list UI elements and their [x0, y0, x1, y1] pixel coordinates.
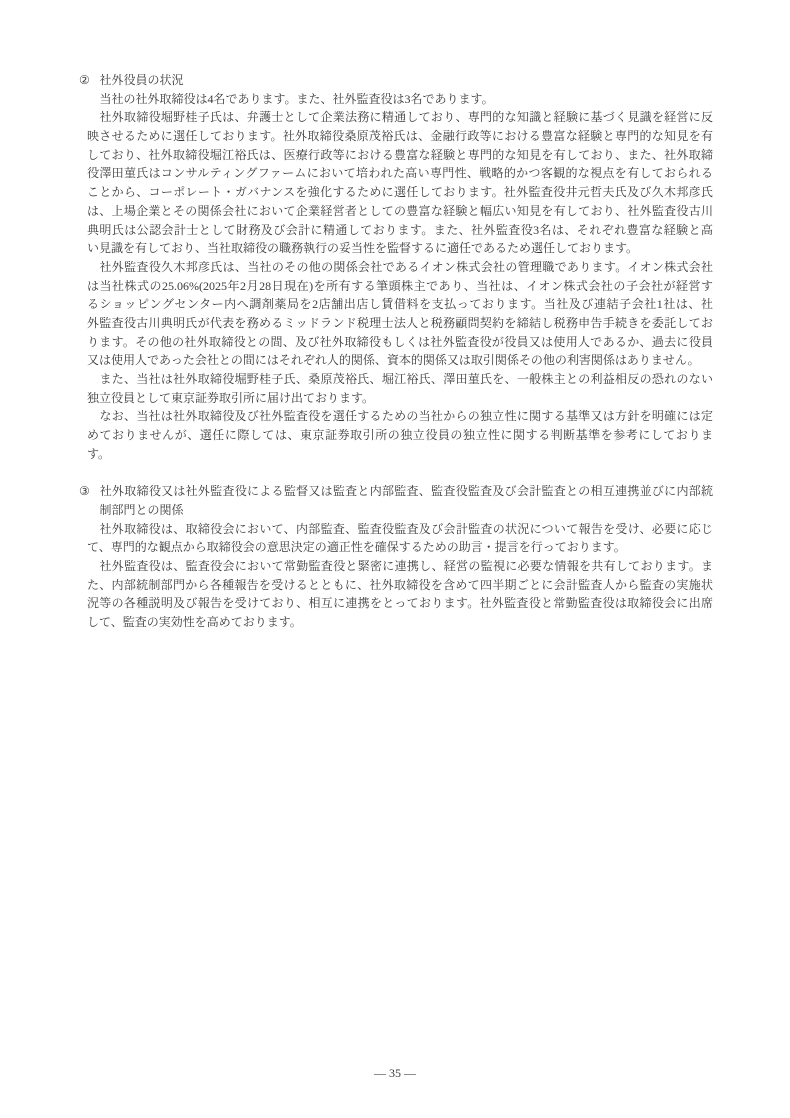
section-heading-line-2: 制部門との関係: [100, 501, 714, 520]
body-text-line: 独立役員として東京証券取引所に届け出ております。: [87, 389, 713, 408]
body-text-line: 役澤田菫氏はコンサルティングファームにおいて培われた高い専門性、戦略的かつ客観的…: [87, 164, 713, 183]
body-text-line: い見識を有しており、当社取締役の職務執行の妥当性を監督するに適任であるため選任し…: [87, 239, 713, 258]
paragraph: 社外監査役は、監査役会において常勤監査役と緊密に連携し、経営の監視に必要な情報を…: [87, 557, 713, 632]
section-heading: ③社外取締役又は社外監査役による監督又は監査と内部監査、監査役監査及び会計監査と…: [79, 482, 713, 501]
section-marker: ②: [79, 71, 100, 90]
paragraph: 当社の社外取締役は4名であります。また、社外監査役は3名であります。: [87, 90, 713, 109]
body-text-line: 典明氏は公認会計士として財務及び会計に精通しております。また、社外監査役3名は、…: [87, 221, 713, 240]
page-number: ― 35 ―: [374, 1066, 416, 1080]
section-heading: ②社外役員の状況: [79, 71, 713, 90]
body-text-line: 社外監査役久木邦彦氏は、当社のその他の関係会社であるイオン株式会社の管理職であり…: [87, 258, 713, 277]
body-text-line: めておりませんが、選任に際しては、東京証券取引所の独立役員の独立性に関する判断基…: [87, 426, 713, 445]
body-text-line: た、内部統制部門から各種報告を受けるとともに、社外取締役を含めて四半期ごとに会計…: [87, 576, 713, 595]
body-text-line: して、監査の実効性を高めております。: [87, 613, 713, 632]
body-text-line: て、専門的な観点から取締役会の意思決定の適正性を確保するための助言・提言を行って…: [87, 538, 713, 557]
body-text-line: 況等の各種説明及び報告を受けており、相互に連携をとっております。社外監査役と常勤…: [87, 594, 713, 613]
body-text-line: す。: [87, 445, 713, 464]
section-heading-text: 社外取締役又は社外監査役による監督又は監査と内部監査、監査役監査及び会計監査との…: [100, 484, 714, 498]
body-text-line: しており、社外取締役堀江裕氏は、医療行政等における豊富な経験と専門的な知見を有し…: [87, 146, 713, 165]
body-text-line: 社外取締役堀野桂子氏は、弁護士として企業法務に精通しており、専門的な知識と経験に…: [87, 108, 713, 127]
body-text-line: ります。その他の社外取締役との間、及び社外取締役もしくは社外監査役が役員又は使用…: [87, 333, 713, 352]
body-text-line: は、上場企業とその関係会社において企業経営者としての豊富な経験と幅広い知見を有し…: [87, 202, 713, 221]
body-text-line: 映させるために選任しております。社外取締役桑原茂裕氏は、金融行政等における豊富な…: [87, 127, 713, 146]
section-heading-text: 社外役員の状況: [100, 73, 184, 87]
body-text-line: ことから、コーポレート・ガバナンスを強化するために選任しております。社外監査役井…: [87, 183, 713, 202]
body-text-line: 社外取締役は、取締役会において、内部監査、監査役監査及び会計監査の状況について報…: [87, 520, 713, 539]
paragraph: 社外取締役堀野桂子氏は、弁護士として企業法務に精通しており、専門的な知識と経験に…: [87, 108, 713, 258]
page-content: ②社外役員の状況 当社の社外取締役は4名であります。また、社外監査役は3名であり…: [87, 71, 713, 632]
paragraph: 社外監査役久木邦彦氏は、当社のその他の関係会社であるイオン株式会社の管理職であり…: [87, 258, 713, 370]
section-outside-officers: ②社外役員の状況 当社の社外取締役は4名であります。また、社外監査役は3名であり…: [87, 71, 713, 463]
paragraph: また、当社は社外取締役堀野桂子氏、桑原茂裕氏、堀江裕氏、澤田菫氏を、一般株主との…: [87, 370, 713, 407]
section-audit-cooperation: ③社外取締役又は社外監査役による監督又は監査と内部監査、監査役監査及び会計監査と…: [87, 482, 713, 632]
document-page: ②社外役員の状況 当社の社外取締役は4名であります。また、社外監査役は3名であり…: [0, 0, 790, 1118]
body-text-line: また、当社は社外取締役堀野桂子氏、桑原茂裕氏、堀江裕氏、澤田菫氏を、一般株主との…: [87, 370, 713, 389]
body-text-line: 社外監査役は、監査役会において常勤監査役と緊密に連携し、経営の監視に必要な情報を…: [87, 557, 713, 576]
paragraph: なお、当社は社外取締役及び社外監査役を選任するための当社からの独立性に関する基準…: [87, 407, 713, 463]
body-text-line: 当社の社外取締役は4名であります。また、社外監査役は3名であります。: [87, 90, 713, 109]
section-marker: ③: [79, 482, 100, 501]
body-text-line: るショッピングセンター内へ調剤薬局を2店舗出店し賃借料を支払っております。当社及…: [87, 295, 713, 314]
paragraph: 社外取締役は、取締役会において、内部監査、監査役監査及び会計監査の状況について報…: [87, 520, 713, 557]
body-text-line: なお、当社は社外取締役及び社外監査役を選任するための当社からの独立性に関する基準…: [87, 407, 713, 426]
body-text-line: 又は使用人であった会社との間にはそれぞれ人的関係、資本的関係又は取引関係その他の…: [87, 351, 713, 370]
page-footer: ― 35 ―: [0, 1064, 790, 1083]
body-text-line: は当社株式の25.06%(2025年2月28日現在)を所有する筆頭株主であり、当…: [87, 277, 713, 296]
body-text-line: 外監査役古川典明氏が代表を務めるミッドランド税理士法人と税務顧問契約を締結し税務…: [87, 314, 713, 333]
